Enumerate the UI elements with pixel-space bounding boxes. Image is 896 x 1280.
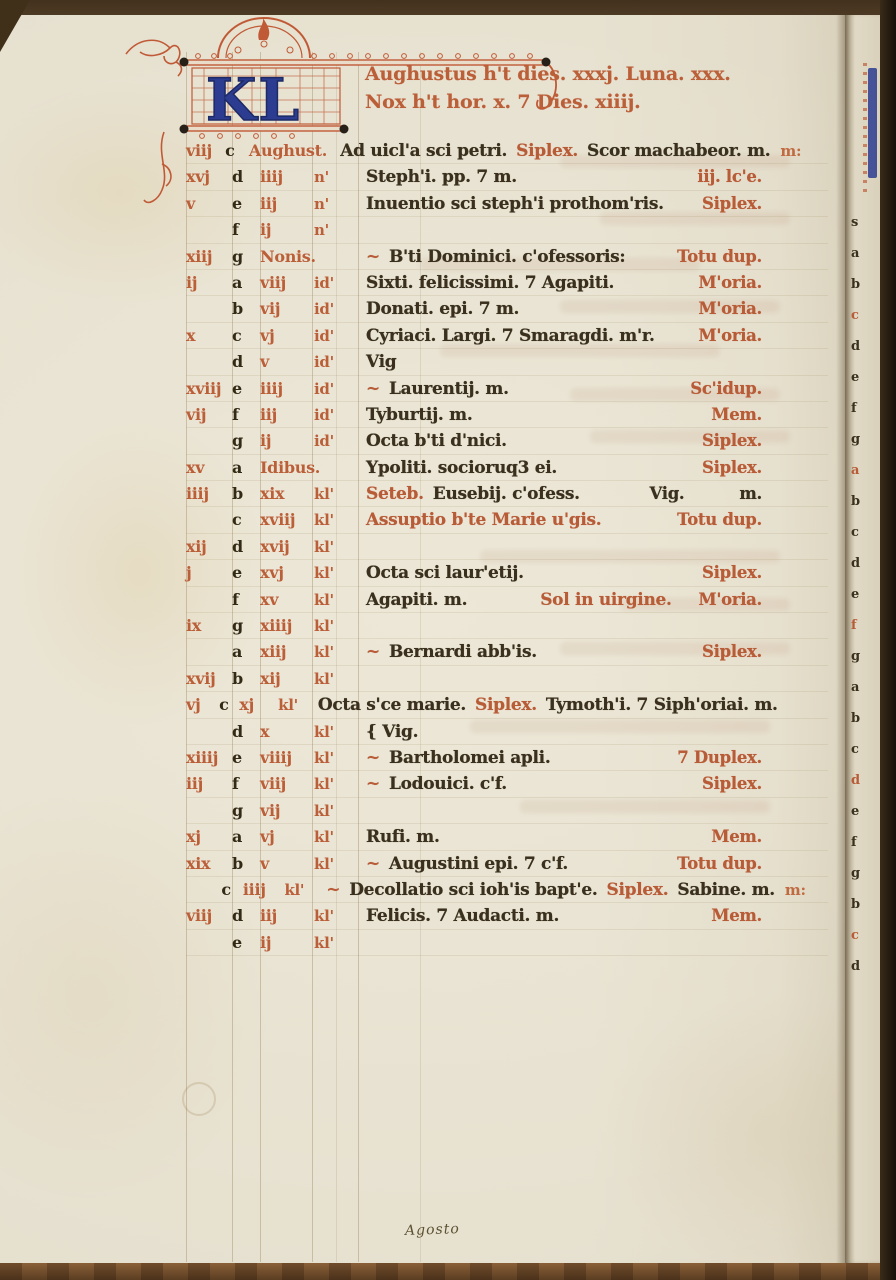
stain-ring: [182, 1082, 216, 1116]
facing-letter: b: [851, 890, 860, 921]
day-suffix: n': [314, 217, 358, 243]
page-edge-shadow: [836, 13, 845, 1264]
roman-day: v: [260, 349, 314, 375]
penwork-flourish: [126, 40, 182, 202]
dominical-letter: a: [232, 455, 260, 481]
day-suffix: id': [314, 270, 358, 296]
feast-entry: Tyburtij. m.: [358, 402, 711, 428]
text-segment: ~: [366, 771, 380, 797]
text-segment: M'oria.: [698, 587, 762, 613]
feast-entry: ~Bartholomei apli.: [358, 745, 677, 771]
roman-day: iiij: [260, 164, 314, 190]
kl-letters: KL: [206, 66, 301, 134]
facing-letter: c: [851, 518, 860, 549]
calendar-row: e ij kl': [186, 930, 828, 956]
feast-grade: Totu dup.: [677, 851, 764, 877]
facing-letters: sabcdefgabcdefgabcdefgbcd: [851, 208, 860, 983]
calendar-row: f ij n': [186, 217, 828, 243]
text-segment: M'oria.: [698, 296, 762, 322]
roman-day: v: [260, 851, 314, 877]
roman-day: vj: [260, 824, 314, 850]
text-segment: Seteb.: [366, 481, 424, 507]
feast-grade: Siplex.: [702, 639, 764, 665]
calendar-row: viij c Aughust. Ad uicl'a sci petri.Sipl…: [186, 138, 828, 164]
day-suffix: kl': [314, 613, 358, 639]
golden-number: x: [186, 323, 232, 349]
golden-number: xvj: [186, 164, 232, 190]
text-segment: Siplex.: [516, 138, 578, 164]
facing-letter: c: [851, 735, 860, 766]
facing-letter: a: [851, 456, 860, 487]
day-suffix: kl': [314, 745, 358, 771]
roman-day: ij: [260, 428, 314, 454]
roman-day: iij: [260, 402, 314, 428]
calendar-row: xj a vj kl' Rufi. m. Mem.: [186, 824, 828, 850]
dominical-letter: d: [232, 534, 260, 560]
feast-entry: ~Laurentij. m.: [358, 376, 690, 402]
roman-day: iiij: [260, 376, 314, 402]
dominical-letter: c: [232, 323, 260, 349]
feast-entry: Inuentio sci steph'i prothom'ris.: [358, 191, 702, 217]
text-segment: ~: [326, 877, 340, 903]
dominical-letter: b: [232, 481, 260, 507]
roman-day: viij: [260, 771, 314, 797]
dominical-letter: g: [232, 798, 260, 824]
text-segment: Lodouici. c'f.: [389, 771, 507, 797]
text-segment: ~: [366, 851, 380, 877]
day-suffix: kl': [314, 798, 358, 824]
day-suffix: kl': [314, 481, 358, 507]
dominical-letter: f: [232, 587, 260, 613]
roman-day: xv: [260, 587, 314, 613]
dominical-letter: b: [232, 666, 260, 692]
feast-grade: Mem.: [711, 824, 764, 850]
feast-grade: Siplex.: [702, 191, 764, 217]
feast-grade: Siplex.: [702, 455, 764, 481]
roman-day: xviij: [260, 507, 314, 533]
facing-initial-penwork: [863, 63, 867, 193]
backdrop-top: [0, 0, 896, 15]
feast-grade: Siplex.: [702, 560, 764, 586]
dominical-letter: d: [232, 903, 260, 929]
text-segment: Mem.: [711, 903, 762, 929]
wood-ledge: [0, 1263, 896, 1280]
page-gutter-shadow: [880, 0, 896, 1280]
text-segment: Sc'idup.: [690, 376, 762, 402]
day-suffix: id': [314, 323, 358, 349]
day-suffix: kl': [314, 851, 358, 877]
dominical-letter: e: [232, 560, 260, 586]
calendar-row: a xiij kl' ~Bernardi abb'is. Siplex.: [186, 639, 828, 665]
feast-grade: 7 Duplex.: [677, 745, 764, 771]
roman-day: ij: [260, 217, 314, 243]
day-suffix: kl': [278, 692, 310, 718]
feast-entry: Ad uicl'a sci petri.Siplex.Scor machabeo…: [332, 138, 770, 164]
calendar-row: xv a Idibus. Ypoliti. socioruq3 ei. Sipl…: [186, 455, 828, 481]
facing-letter: c: [851, 921, 860, 952]
golden-number: viij: [186, 903, 232, 929]
day-suffix: kl': [314, 930, 358, 956]
calendar-row: vj c xj kl' Octa s'ce marie.Siplex.Tymot…: [186, 692, 828, 718]
facing-letter: g: [851, 859, 860, 890]
roman-day: xiiij: [260, 613, 314, 639]
feast-grade: M'oria.: [698, 323, 764, 349]
day-suffix: id': [314, 428, 358, 454]
calendar-row: v e iij n' Inuentio sci steph'i prothom'…: [186, 191, 828, 217]
feast-grade: iij. lc'e.: [697, 164, 764, 190]
feast-grade: Siplex.: [702, 771, 764, 797]
dominical-letter: d: [232, 349, 260, 375]
month-note: Agosto: [405, 1221, 460, 1239]
feast-grade: Vig.m.: [650, 481, 764, 507]
dominical-letter: a: [232, 824, 260, 850]
facing-letter: g: [851, 642, 860, 673]
feast-entry: Rufi. m.: [358, 824, 711, 850]
roman-day: viiij: [260, 745, 314, 771]
day-suffix: id': [314, 349, 358, 375]
text-segment: Eusebij. c'ofess.: [433, 481, 580, 507]
golden-number: xj: [186, 824, 232, 850]
feast-entry: Felicis. 7 Audacti. m.: [358, 903, 711, 929]
day-suffix: kl': [314, 903, 358, 929]
roman-day: xiij: [260, 639, 314, 665]
golden-number: vj: [186, 692, 219, 718]
calendar-row: c iiij kl' ~Decollatio sci ioh'is bapt'e…: [186, 877, 828, 903]
golden-number: iiij: [186, 481, 232, 507]
roman-day: xj: [239, 692, 278, 718]
dominical-letter: e: [232, 191, 260, 217]
roman-day: xvj: [260, 560, 314, 586]
calendar-row: x c vj id' Cyriaci. Largi. 7 Smaragdi. m…: [186, 323, 828, 349]
text-segment: Ad uicl'a sci petri.: [340, 138, 507, 164]
dominical-letter: d: [232, 164, 260, 190]
dominical-letter: f: [232, 217, 260, 243]
day-suffix: kl': [314, 560, 358, 586]
text-segment: ~: [366, 244, 380, 270]
text-segment: Siplex.: [606, 877, 668, 903]
golden-number: ij: [186, 270, 232, 296]
text-segment: Donati. epi. 7 m.: [366, 296, 519, 322]
day-suffix: id': [314, 402, 358, 428]
text-segment: Vig: [366, 349, 396, 375]
dominical-letter: g: [232, 244, 260, 270]
calendar-row: ix g xiiij kl': [186, 613, 828, 639]
text-segment: Totu dup.: [677, 851, 762, 877]
feast-grade: Totu dup.: [677, 507, 764, 533]
golden-number: xv: [186, 455, 232, 481]
facing-letter: f: [851, 394, 860, 425]
text-segment: Tyburtij. m.: [366, 402, 472, 428]
feast-entry: Octa b'ti d'nici.: [358, 428, 702, 454]
feast-grade: Totu dup.: [677, 244, 764, 270]
calendar-row: d v id' Vig: [186, 349, 828, 375]
text-segment: Octa s'ce marie.: [318, 692, 466, 718]
text-segment: Steph'i. pp. 7 m.: [366, 164, 517, 190]
day-suffix: kl': [314, 587, 358, 613]
feast-entry: Agapiti. m.Sol in uirgine.: [358, 587, 698, 613]
facing-letter: d: [851, 766, 860, 797]
feast-entry: Cyriaci. Largi. 7 Smaragdi. m'r.: [358, 323, 698, 349]
text-segment: Cyriaci. Largi. 7 Smaragdi. m'r.: [366, 323, 655, 349]
facing-letter: d: [851, 952, 860, 983]
text-segment: Ypoliti. socioruq3 ei.: [366, 455, 557, 481]
day-suffix: kl': [314, 719, 358, 745]
feast-entry: Assuptio b'te Marie u'gis.: [358, 507, 677, 533]
day-suffix: n': [314, 191, 358, 217]
roman-day: iij: [260, 191, 314, 217]
facing-initial: [868, 68, 877, 178]
facing-letter: f: [851, 611, 860, 642]
feast-entry: Octa sci laur'etij.: [358, 560, 702, 586]
facing-letter: a: [851, 239, 860, 270]
dominical-letter: c: [232, 507, 260, 533]
feast-entry: ~Bernardi abb'is.: [358, 639, 702, 665]
feast-grade: Sc'idup.: [690, 376, 764, 402]
month-heading: Aughustus h't dies. xxxj. Luna. xxx. Nox…: [365, 60, 731, 116]
calendar-row: xiij g Nonis. ~B'ti Dominici. c'ofessori…: [186, 244, 828, 270]
feast-grade: M'oria.: [698, 270, 764, 296]
text-segment: Inuentio sci steph'i prothom'ris.: [366, 191, 664, 217]
dominical-letter: f: [232, 402, 260, 428]
text-segment: B'ti Dominici. c'ofessoris:: [389, 244, 625, 270]
facing-letter: a: [851, 673, 860, 704]
calendar-row: xiiij e viiij kl' ~Bartholomei apli. 7 D…: [186, 745, 828, 771]
facing-letter: s: [851, 208, 860, 239]
text-segment: Assuptio b'te Marie u'gis.: [366, 507, 601, 533]
dominical-letter: a: [232, 270, 260, 296]
facing-letter: d: [851, 332, 860, 363]
margin-note: m:: [772, 138, 828, 164]
golden-number: xiij: [186, 244, 232, 270]
feast-entry: Sixti. felicissimi. 7 Agapiti.: [358, 270, 698, 296]
day-suffix: kl': [314, 824, 358, 850]
roman-day: ij: [260, 930, 314, 956]
golden-number: xij: [186, 534, 232, 560]
golden-number: j: [186, 560, 232, 586]
feast-entry: Vig: [358, 349, 762, 375]
golden-number: xviij: [186, 376, 232, 402]
roman-day: Aughust.: [249, 138, 332, 164]
text-segment: Siplex.: [702, 191, 762, 217]
golden-number: v: [186, 191, 232, 217]
calendar-row: vij f iij id' Tyburtij. m. Mem.: [186, 402, 828, 428]
text-segment: Bernardi abb'is.: [389, 639, 537, 665]
text-segment: ~: [366, 745, 380, 771]
feast-entry: Ypoliti. socioruq3 ei.: [358, 455, 702, 481]
facing-letter: g: [851, 425, 860, 456]
golden-number: xiiij: [186, 745, 232, 771]
text-segment: Decollatio sci ioh'is bapt'e.: [349, 877, 597, 903]
calendar-row: d x kl' { Vig.: [186, 719, 828, 745]
roman-day: vij: [260, 296, 314, 322]
text-segment: M'oria.: [698, 270, 762, 296]
text-segment: Totu dup.: [677, 507, 762, 533]
text-segment: Felicis. 7 Audacti. m.: [366, 903, 559, 929]
day-suffix: n': [314, 164, 358, 190]
text-segment: ~: [366, 376, 380, 402]
text-segment: Vig.: [650, 481, 685, 507]
dominical-letter: c: [219, 692, 239, 718]
text-segment: Mem.: [711, 824, 762, 850]
facing-letter: b: [851, 704, 860, 735]
facing-letter: c: [851, 301, 860, 332]
text-segment: M'oria.: [698, 323, 762, 349]
roman-day: xix: [260, 481, 314, 507]
feast-entry: ~Decollatio sci ioh'is bapt'e.Siplex.Sab…: [318, 877, 775, 903]
feast-entry: { Vig.: [358, 719, 762, 745]
feast-grade: M'oria.: [698, 296, 764, 322]
text-segment: iij. lc'e.: [697, 164, 762, 190]
calendar-row: c xviij kl' Assuptio b'te Marie u'gis. T…: [186, 507, 828, 533]
roman-day: viij: [260, 270, 314, 296]
golden-number: xvij: [186, 666, 232, 692]
text-segment: Sol in uirgine.: [540, 587, 671, 613]
facing-letter: e: [851, 580, 860, 611]
text-segment: Tymoth'i. 7 Siph'oriai. m.: [546, 692, 778, 718]
text-segment: Octa b'ti d'nici.: [366, 428, 507, 454]
facing-letter: d: [851, 549, 860, 580]
dominical-letter: c: [225, 138, 249, 164]
day-suffix: kl': [314, 771, 358, 797]
dominical-letter: a: [232, 639, 260, 665]
day-suffix: kl': [314, 534, 358, 560]
feast-grade: M'oria.: [698, 587, 764, 613]
golden-number: viij: [186, 138, 225, 164]
roman-day: Idibus.: [260, 455, 358, 481]
text-segment: Octa sci laur'etij.: [366, 560, 524, 586]
facing-letter: f: [851, 828, 860, 859]
roman-day: xij: [260, 666, 314, 692]
text-segment: Bartholomei apli.: [389, 745, 551, 771]
feast-entry: ~Augustini epi. 7 c'f.: [358, 851, 677, 877]
text-segment: Siplex.: [702, 428, 762, 454]
text-segment: { Vig.: [366, 719, 418, 745]
calendar-row: ij a viij id' Sixti. felicissimi. 7 Agap…: [186, 270, 828, 296]
golden-number: vij: [186, 402, 232, 428]
roman-day: vj: [260, 323, 314, 349]
calendar-row: f xv kl' Agapiti. m.Sol in uirgine. M'or…: [186, 587, 828, 613]
roman-day: x: [260, 719, 314, 745]
roman-day: Nonis.: [260, 244, 358, 270]
text-segment: Scor machabeor. m.: [587, 138, 770, 164]
text-segment: Rufi. m.: [366, 824, 440, 850]
text-segment: Totu dup.: [677, 244, 762, 270]
text-segment: Mem.: [711, 402, 762, 428]
text-segment: Siplex.: [475, 692, 537, 718]
text-segment: Siplex.: [702, 639, 762, 665]
manuscript-photo: KL Aughustus h't dies. xxxj. Luna. xxx. …: [0, 0, 896, 1280]
text-segment: Sabine. m.: [677, 877, 775, 903]
calendar-row: iiij b xix kl' Seteb.Eusebij. c'ofess. V…: [186, 481, 828, 507]
calendar-rows: viij c Aughust. Ad uicl'a sci petri.Sipl…: [186, 138, 828, 956]
facing-letter: e: [851, 797, 860, 828]
text-segment: Agapiti. m.: [366, 587, 467, 613]
text-segment: m.: [739, 481, 762, 507]
calendar-row: xix b v kl' ~Augustini epi. 7 c'f. Totu …: [186, 851, 828, 877]
calendar-row: b vij id' Donati. epi. 7 m. M'oria.: [186, 296, 828, 322]
day-suffix: id': [314, 296, 358, 322]
golden-number: ix: [186, 613, 232, 639]
day-suffix: id': [314, 376, 358, 402]
day-suffix: kl': [284, 877, 318, 903]
facing-page-edge: sabcdefgabcdefgabcdefgbcd: [845, 13, 880, 1264]
text-segment: Sixti. felicissimi. 7 Agapiti.: [366, 270, 614, 296]
feast-grade: Siplex.: [702, 428, 764, 454]
roman-day: xvij: [260, 534, 314, 560]
dominical-letter: g: [232, 428, 260, 454]
calendar-row: xij d xvij kl': [186, 534, 828, 560]
feast-grade: Mem.: [711, 903, 764, 929]
text-segment: 7 Duplex.: [677, 745, 762, 771]
feast-entry: Donati. epi. 7 m.: [358, 296, 698, 322]
facing-letter: e: [851, 363, 860, 394]
heading-line-2: Nox h't hor. x. 7 Dies. xiiij.: [365, 88, 731, 116]
dominical-letter: g: [232, 613, 260, 639]
dominical-letter: b: [232, 296, 260, 322]
roman-day: iiij: [243, 877, 285, 903]
calendar-row: j e xvj kl' Octa sci laur'etij. Siplex.: [186, 560, 828, 586]
text-segment: Augustini epi. 7 c'f.: [389, 851, 568, 877]
day-suffix: kl': [314, 666, 358, 692]
margin-note: m:: [777, 877, 828, 903]
golden-number: iij: [186, 771, 232, 797]
feast-grade: Mem.: [711, 402, 764, 428]
feast-entry: Steph'i. pp. 7 m.: [358, 164, 697, 190]
text-segment: Siplex.: [702, 771, 762, 797]
dominical-letter: c: [221, 877, 243, 903]
roman-day: vij: [260, 798, 314, 824]
calendar-row: iij f viij kl' ~Lodouici. c'f. Siplex.: [186, 771, 828, 797]
day-suffix: kl': [314, 507, 358, 533]
text-segment: ~: [366, 639, 380, 665]
dominical-letter: d: [232, 719, 260, 745]
calendar-row: xvj d iiij n' Steph'i. pp. 7 m. iij. lc'…: [186, 164, 828, 190]
feast-entry: ~Lodouici. c'f.: [358, 771, 702, 797]
roman-day: iij: [260, 903, 314, 929]
text-segment: Laurentij. m.: [389, 376, 509, 402]
day-suffix: kl': [314, 639, 358, 665]
dominical-letter: f: [232, 771, 260, 797]
feast-entry: Octa s'ce marie.Siplex.Tymoth'i. 7 Siph'…: [310, 692, 778, 718]
dominical-letter: e: [232, 376, 260, 402]
facing-letter: b: [851, 487, 860, 518]
feast-entry: Seteb.Eusebij. c'ofess.: [358, 481, 650, 507]
dominical-letter: e: [232, 930, 260, 956]
dominical-letter: e: [232, 745, 260, 771]
calendar-row: viij d iij kl' Felicis. 7 Audacti. m. Me…: [186, 903, 828, 929]
text-segment: Siplex.: [702, 455, 762, 481]
heading-line-1: Aughustus h't dies. xxxj. Luna. xxx.: [365, 60, 731, 88]
facing-letter: b: [851, 270, 860, 301]
golden-number: xix: [186, 851, 232, 877]
text-segment: Siplex.: [702, 560, 762, 586]
feast-entry: ~B'ti Dominici. c'ofessoris:: [358, 244, 677, 270]
calendar-row: g ij id' Octa b'ti d'nici. Siplex.: [186, 428, 828, 454]
calendar-row: g vij kl': [186, 798, 828, 824]
dominical-letter: b: [232, 851, 260, 877]
calendar-row: xviij e iiij id' ~Laurentij. m. Sc'idup.: [186, 376, 828, 402]
calendar-row: xvij b xij kl': [186, 666, 828, 692]
